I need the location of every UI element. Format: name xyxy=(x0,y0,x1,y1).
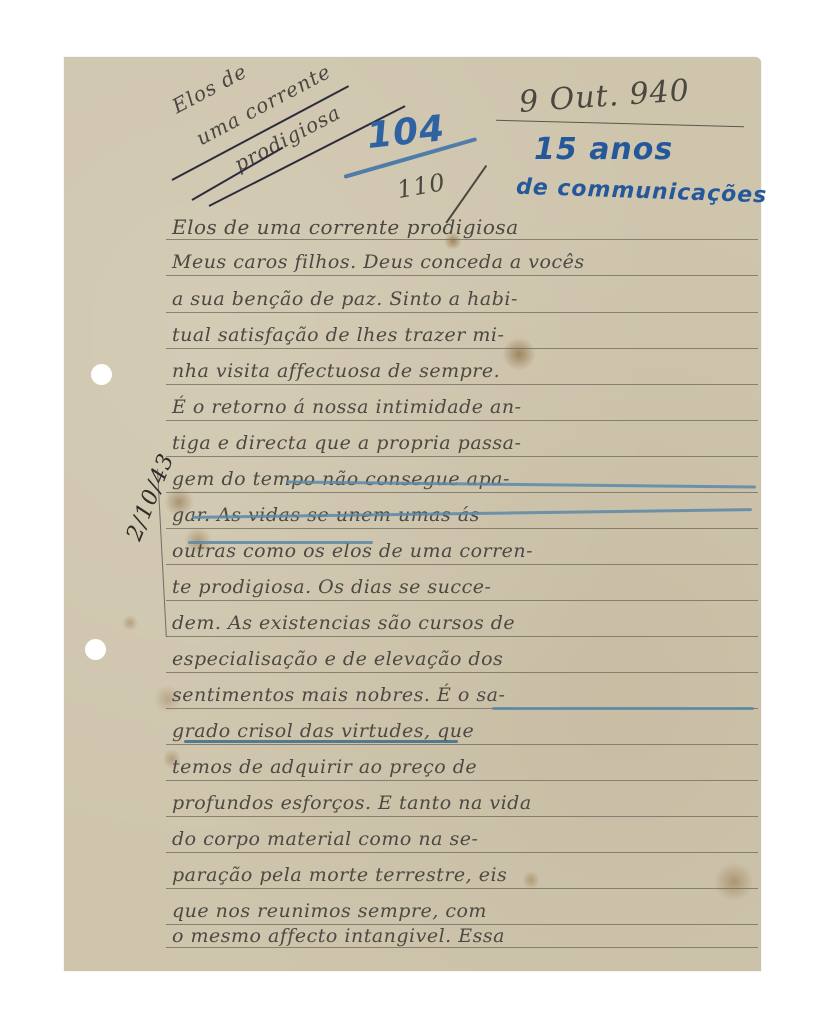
ruled-line xyxy=(166,528,758,529)
blue-underline xyxy=(184,740,458,743)
body-line: É o retorno á nossa intimidade an- xyxy=(172,396,757,418)
ruled-line xyxy=(166,275,758,276)
ruled-line xyxy=(166,600,758,601)
blue-underline xyxy=(188,541,373,544)
ruled-line xyxy=(166,888,758,889)
body-line: sentimentos mais nobres. É o sa- xyxy=(172,684,757,706)
body-line: grado crisol das virtudes, que xyxy=(172,720,757,742)
ruled-line xyxy=(166,672,758,673)
body-line: Meus caros filhos. Deus conceda a vocês xyxy=(172,251,757,273)
body-line: a sua benção de paz. Sinto a habi- xyxy=(172,288,757,310)
body-line: especialisação e de elevação dos xyxy=(172,648,757,670)
stain xyxy=(122,615,138,631)
blue-annotation-communications: de communicações xyxy=(516,175,768,209)
ruled-line xyxy=(166,636,758,637)
ruled-line xyxy=(166,744,758,745)
ruled-line xyxy=(166,456,758,457)
ruled-line xyxy=(166,384,758,385)
body-line: profundos esforços. E tanto na vida xyxy=(172,792,757,814)
blue-underline xyxy=(492,707,754,710)
ruled-line xyxy=(166,312,758,313)
body-line: que nos reunimos sempre, com xyxy=(172,900,757,922)
date-underline xyxy=(496,120,744,127)
body-line: do corpo material como na se- xyxy=(172,828,757,850)
ruled-line xyxy=(166,852,758,853)
body-line: tiga e directa que a propria passa- xyxy=(172,432,757,454)
ruled-line xyxy=(166,780,758,781)
blue-annotation-years: 15 anos xyxy=(534,132,673,167)
manuscript-page: Elos de uma corrente prodigiosa 104 110 … xyxy=(64,57,761,971)
ruled-line xyxy=(166,239,758,240)
page-number-secondary: 110 xyxy=(395,168,448,204)
ruled-line xyxy=(166,420,758,421)
ruled-line xyxy=(166,492,758,493)
punch-hole-bottom xyxy=(85,639,106,660)
letter-date: 9 Out. 940 xyxy=(518,73,691,120)
body-line: o mesmo affecto intangivel. Essa xyxy=(172,925,757,947)
letter-title: Elos de uma corrente prodigiosa xyxy=(172,215,757,239)
punch-hole-top xyxy=(91,364,112,385)
body-line: paração pela morte terrestre, eis xyxy=(172,864,757,886)
body-line: tual satisfação de lhes trazer mi- xyxy=(172,324,757,346)
body-line: te prodigiosa. Os dias se succe- xyxy=(172,576,757,598)
body-line: nha visita affectuosa de sempre. xyxy=(172,360,757,382)
body-line: dem. As existencias são cursos de xyxy=(172,612,757,634)
ruled-line xyxy=(166,348,758,349)
ruled-line xyxy=(166,816,758,817)
ruled-line xyxy=(166,564,758,565)
ruled-line xyxy=(166,947,758,948)
body-line: temos de adquirir ao preço de xyxy=(172,756,757,778)
title-text: Elos de uma corrente prodigiosa xyxy=(172,215,519,239)
